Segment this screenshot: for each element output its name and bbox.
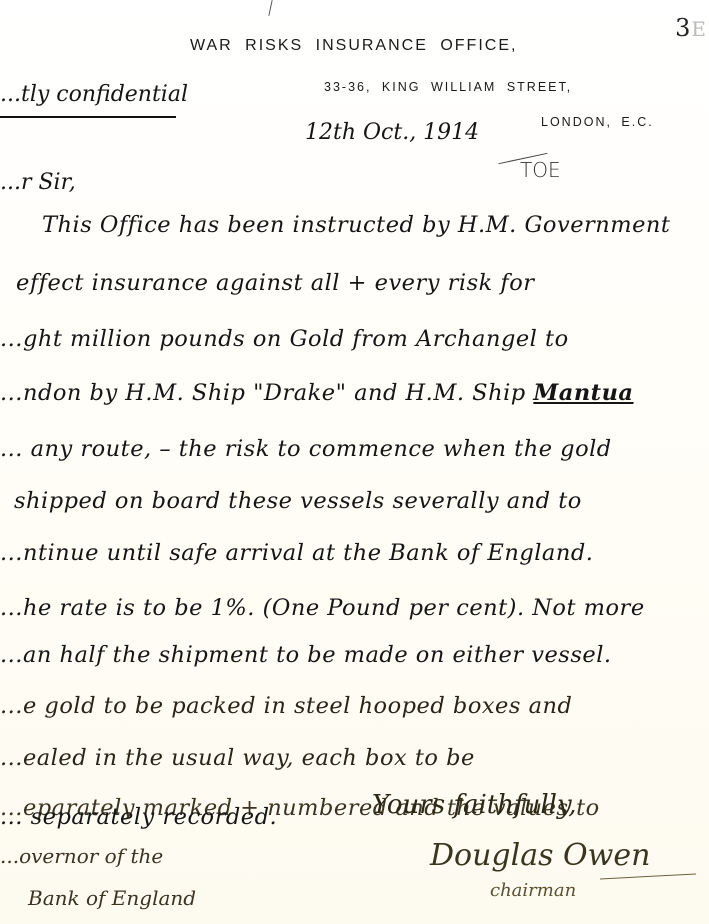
- salutation: ...r Sir,: [0, 170, 76, 195]
- letterhead-street: 33-36, KING WILLIAM STREET,: [324, 80, 572, 94]
- body-line: ...an half the shipment to be made on ei…: [0, 642, 612, 668]
- annotation-initials: TOE: [520, 158, 561, 182]
- addressee-line: ...overnor of the: [0, 844, 163, 868]
- closing: Yours faithfully,: [372, 790, 576, 820]
- signature-underline: [600, 873, 696, 879]
- body-line: ...ndon by H.M. Ship "Drake" and H.M. Sh…: [0, 380, 634, 406]
- body-line: ...e gold to be packed in steel hooped b…: [0, 693, 572, 719]
- ship-name: Mantua: [533, 380, 633, 406]
- classification-note: ...tly confidential: [0, 82, 188, 107]
- body-line: ... separately recorded.: [0, 804, 277, 830]
- body-line-text: ...ndon by H.M. Ship "Drake" and H.M. Sh…: [0, 380, 526, 406]
- signature: Douglas Owen: [430, 838, 650, 873]
- body-line: ...he rate is to be 1%. (One Pound per c…: [0, 595, 645, 621]
- classification-underline: [0, 116, 176, 118]
- body-line: effect insurance against all + every ris…: [16, 270, 535, 296]
- letterhead-city: LONDON, E.C.: [541, 115, 654, 129]
- body-line: ...ealed in the usual way, each box to b…: [0, 745, 475, 771]
- letter-page: 3E WAR RISKS INSURANCE OFFICE, 33-36, KI…: [0, 0, 709, 924]
- body-line: ...ght million pounds on Gold from Archa…: [0, 326, 569, 352]
- addressee-line: Bank of England: [28, 886, 196, 910]
- signature-title: chairman: [490, 880, 576, 901]
- reference-letter: E: [691, 17, 707, 41]
- body-line: ... any route, – the risk to commence wh…: [0, 436, 612, 462]
- reference-number: 3: [675, 14, 691, 42]
- body-line: ...ntinue until safe arrival at the Bank…: [0, 540, 593, 566]
- letter-date: 12th Oct., 1914: [305, 120, 479, 145]
- letterhead-organization: WAR RISKS INSURANCE OFFICE,: [190, 37, 517, 55]
- body-line: shipped on board these vessels severally…: [14, 488, 582, 514]
- reference-mark: 3E: [675, 14, 707, 42]
- body-line: This Office has been instructed by H.M. …: [42, 212, 670, 238]
- pencil-mark: [268, 0, 272, 16]
